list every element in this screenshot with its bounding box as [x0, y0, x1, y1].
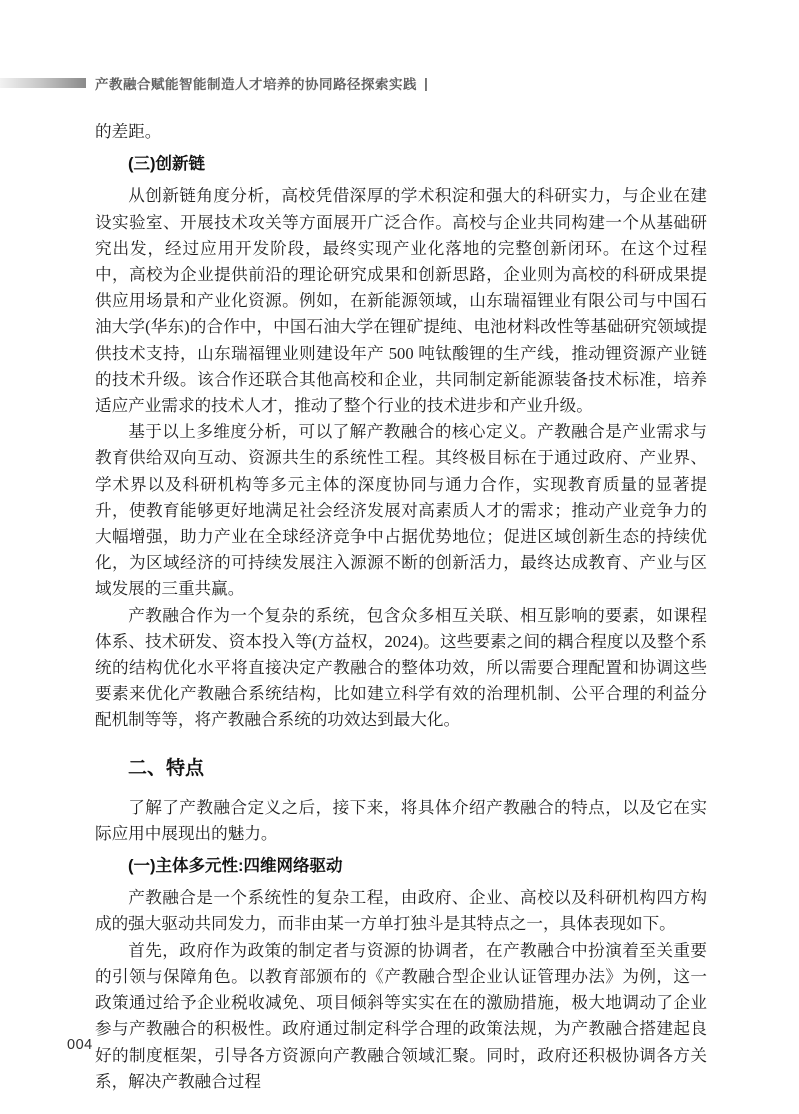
paragraph-core-definition: 基于以上多维度分析，可以了解产教融合的核心定义。产教融合是产业需求与教育供给双向…: [95, 419, 707, 602]
page-number: 004: [67, 1037, 93, 1053]
running-head-title: 产教融合赋能智能制造人才培养的协同路径探索实践: [95, 73, 417, 93]
paragraph-innovation-chain: 从创新链角度分析，高校凭借深厚的学术积淀和强大的科研实力，与企业在建设实验室、开…: [95, 183, 707, 419]
paragraph-government-role: 首先，政府作为政策的制定者与资源的协调者，在产教融合中扮演着至关重要的引领与保障…: [95, 938, 707, 1095]
page-body: 的差距。 (三)创新链 从创新链角度分析，高校凭借深厚的学术积淀和强大的科研实力…: [95, 119, 707, 1095]
paragraph-features-intro: 了解了产教融合定义之后，接下来，将具体介绍产教融合的特点，以及它在实际应用中展现…: [95, 795, 707, 847]
page-footer: 004: [67, 1036, 93, 1054]
header-separator-bar: |: [424, 75, 428, 91]
section-heading-innovation-chain: (三)创新链: [95, 151, 707, 177]
paragraph-complex-system: 产教融合作为一个复杂的系统，包含众多相互关联、相互影响的要素，如课程体系、技术研…: [95, 603, 707, 734]
section-heading-features: 二、特点: [95, 755, 707, 782]
header-gradient-bar: [0, 78, 86, 88]
page-header: 产教融合赋能智能制造人才培养的协同路径探索实践 |: [0, 74, 739, 92]
paragraph-continuation: 的差距。: [95, 119, 707, 145]
subsection-heading-subject-multiplicity: (一)主体多元性:四维网络驱动: [95, 853, 707, 879]
document-page: 产教融合赋能智能制造人才培养的协同路径探索实践 | 的差距。 (三)创新链 从创…: [0, 0, 799, 1114]
paragraph-four-party-drive: 产教融合是一个系统性的复杂工程，由政府、企业、高校以及科研机构四方构成的强大驱动…: [95, 885, 707, 937]
